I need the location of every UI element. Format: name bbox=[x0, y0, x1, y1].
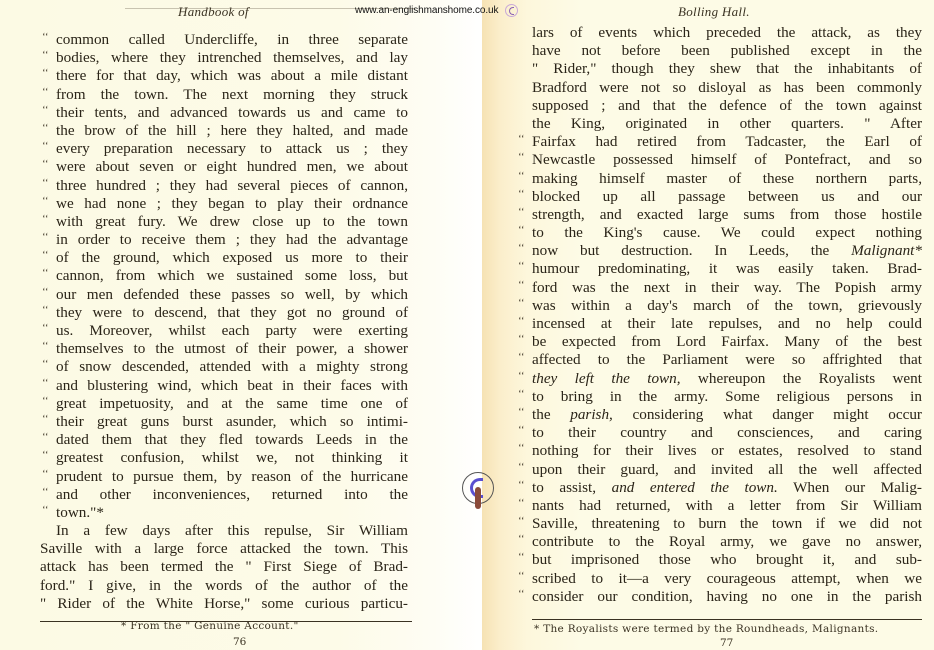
text-line: ‘‘to assist, and entered the town. When … bbox=[532, 479, 922, 497]
quote-mark: ‘‘ bbox=[518, 548, 525, 566]
quote-mark: ‘‘ bbox=[42, 228, 49, 246]
text-line: Saville with a large force attacked the … bbox=[40, 540, 408, 558]
text-line: ‘‘to the King's cause. We could expect n… bbox=[532, 224, 922, 242]
quote-mark: ‘‘ bbox=[518, 294, 525, 312]
text-line: ‘‘us. Moreover, whilst each party were e… bbox=[56, 322, 408, 340]
text-line: ‘‘and other inconveniences, returned int… bbox=[56, 486, 408, 504]
quote-mark: ‘‘ bbox=[42, 483, 49, 501]
text-line: ‘‘making himself master of these norther… bbox=[532, 170, 922, 188]
text-line: In a few days after this repulse, Sir Wi… bbox=[40, 522, 408, 540]
quote-mark: ‘‘ bbox=[518, 512, 525, 530]
quote-mark: ‘‘ bbox=[518, 439, 525, 457]
text-line: ‘‘ford was the next in their way. The Po… bbox=[532, 279, 922, 297]
text-line: ford." I give, in the words of the autho… bbox=[40, 577, 408, 595]
text-line: supposed ; and that the defence of the t… bbox=[532, 97, 922, 115]
quote-mark: ‘‘ bbox=[518, 530, 525, 548]
text-line: ‘‘their tents, and advanced towards us a… bbox=[56, 104, 408, 122]
quote-mark: ‘‘ bbox=[518, 367, 525, 385]
text-line: ‘‘they were to descend, that they got no… bbox=[56, 304, 408, 322]
text-line: ‘‘affected to the Parliament were so aff… bbox=[532, 351, 922, 369]
text-line: ‘‘town."* bbox=[56, 504, 408, 522]
text-line: ‘‘greatest confusion, whilst we, not thi… bbox=[56, 449, 408, 467]
text-line: ‘‘in order to receive them ; they had th… bbox=[56, 231, 408, 249]
text-line: ‘‘scribed to it—a very courageous attemp… bbox=[532, 570, 922, 588]
text-line: ‘‘of the ground, which exposed us more t… bbox=[56, 249, 408, 267]
text-line: ‘‘prudent to pursue them, by reason of t… bbox=[56, 468, 408, 486]
text-line: ‘‘themselves to the utmost of their powe… bbox=[56, 340, 408, 358]
text-line: ‘‘the brow of the hill ; here they halte… bbox=[56, 122, 408, 140]
text-line: " Rider of the White Horse," some curiou… bbox=[40, 595, 408, 613]
text-line: ‘‘to their country and consciences, and … bbox=[532, 424, 922, 442]
quote-mark: ‘‘ bbox=[42, 64, 49, 82]
quote-mark: ‘‘ bbox=[42, 428, 49, 446]
text-line: ‘‘there for that day, which was about a … bbox=[56, 67, 408, 85]
quote-mark: ‘‘ bbox=[42, 137, 49, 155]
text-line: ‘‘Saville, threatening to burn the town … bbox=[532, 515, 922, 533]
quote-mark: ‘‘ bbox=[42, 28, 49, 46]
quote-mark: ‘‘ bbox=[518, 312, 525, 330]
text-line: lars of events which preceded the attack… bbox=[532, 24, 922, 42]
text-line: ‘‘strength, and exacted large sums from … bbox=[532, 206, 922, 224]
text-line: ‘‘Fairfax had retired from Tadcaster, th… bbox=[532, 133, 922, 151]
quote-mark: ‘‘ bbox=[42, 101, 49, 119]
quote-mark: ‘‘ bbox=[518, 203, 525, 221]
quote-mark: ‘‘ bbox=[518, 239, 525, 257]
quote-mark: ‘‘ bbox=[42, 283, 49, 301]
quote-mark: ‘‘ bbox=[518, 421, 525, 439]
quote-mark: ‘‘ bbox=[42, 392, 49, 410]
quote-mark: ‘‘ bbox=[42, 446, 49, 464]
text-line: ‘‘now but destruction. In Leeds, the Mal… bbox=[532, 242, 922, 260]
quote-mark: ‘‘ bbox=[42, 174, 49, 192]
quote-mark: ‘‘ bbox=[518, 221, 525, 239]
quote-mark: ‘‘ bbox=[518, 585, 525, 603]
quote-mark: ‘‘ bbox=[42, 119, 49, 137]
text-line: have not before been published except in… bbox=[532, 42, 922, 60]
text-line: ‘‘of snow descended, attended with a mig… bbox=[56, 358, 408, 376]
quote-mark: ‘‘ bbox=[42, 501, 49, 519]
text-line: ‘‘great impetuosity, and at the same tim… bbox=[56, 395, 408, 413]
left-page-text: ‘‘common called Undercliffe, in three se… bbox=[56, 31, 408, 613]
text-line: " Rider," though they shew that the inha… bbox=[532, 60, 922, 78]
text-line: ‘‘the parish, considering what danger mi… bbox=[532, 406, 922, 424]
quote-mark: ‘‘ bbox=[42, 155, 49, 173]
text-line: ‘‘humour predominating, it was easily ta… bbox=[532, 260, 922, 278]
text-line: ‘‘three hundred ; they had several piece… bbox=[56, 177, 408, 195]
text-line: ‘‘were about seven or eight hundred men,… bbox=[56, 158, 408, 176]
right-page: Bolling Hall. lars of events which prece… bbox=[482, 0, 934, 650]
text-line: ‘‘to bring in the army. Some religious p… bbox=[532, 388, 922, 406]
text-line: Bradford were not so disloyal as has bee… bbox=[532, 79, 922, 97]
text-line: ‘‘bodies, where they intrenched themselv… bbox=[56, 49, 408, 67]
quote-mark: ‘‘ bbox=[42, 192, 49, 210]
quote-mark: ‘‘ bbox=[518, 276, 525, 294]
footnote-rule bbox=[532, 619, 922, 620]
text-line: ‘‘was within a day's march of the town, … bbox=[532, 297, 922, 315]
quote-mark: ‘‘ bbox=[518, 403, 525, 421]
text-line: ‘‘common called Undercliffe, in three se… bbox=[56, 31, 408, 49]
quote-mark: ‘‘ bbox=[518, 476, 525, 494]
cursor-figure-icon bbox=[475, 487, 481, 509]
page-number: 77 bbox=[720, 637, 733, 649]
text-line: the King, originated in other quarters. … bbox=[532, 115, 922, 133]
quote-mark: ‘‘ bbox=[42, 301, 49, 319]
text-line: ‘‘blocked up all passage between us and … bbox=[532, 188, 922, 206]
text-line: ‘‘every preparation necessary to attack … bbox=[56, 140, 408, 158]
footnote: * From the " Genuine Account." bbox=[121, 620, 299, 632]
text-line: ‘‘their great guns burst asunder, which … bbox=[56, 413, 408, 431]
mouse-cursor-icon bbox=[462, 472, 494, 504]
quote-mark: ‘‘ bbox=[518, 257, 525, 275]
quote-mark: ‘‘ bbox=[42, 410, 49, 428]
text-line: ‘‘upon their guard, and invited all the … bbox=[532, 461, 922, 479]
text-line: attack has been termed the " First Siege… bbox=[40, 558, 408, 576]
quote-mark: ‘‘ bbox=[518, 167, 525, 185]
running-head-left: Handbook of bbox=[178, 4, 249, 20]
left-page: Handbook of ‘‘common called Undercliffe,… bbox=[0, 0, 482, 650]
running-head-right: Bolling Hall. bbox=[678, 4, 750, 20]
page-number: 76 bbox=[233, 636, 246, 648]
quote-mark: ‘‘ bbox=[42, 264, 49, 282]
text-line: ‘‘Newcastle possessed himself of Pontefr… bbox=[532, 151, 922, 169]
text-line: ‘‘we had none ; they began to play their… bbox=[56, 195, 408, 213]
swirl-logo-icon bbox=[505, 4, 518, 17]
quote-mark: ‘‘ bbox=[42, 246, 49, 264]
quote-mark: ‘‘ bbox=[518, 494, 525, 512]
quote-mark: ‘‘ bbox=[42, 83, 49, 101]
quote-mark: ‘‘ bbox=[42, 374, 49, 392]
quote-mark: ‘‘ bbox=[42, 337, 49, 355]
quote-mark: ‘‘ bbox=[518, 185, 525, 203]
quote-mark: ‘‘ bbox=[518, 348, 525, 366]
text-line: ‘‘nothing for their lives or estates, re… bbox=[532, 442, 922, 460]
quote-mark: ‘‘ bbox=[518, 458, 525, 476]
right-page-text: lars of events which preceded the attack… bbox=[532, 24, 922, 606]
text-line: ‘‘from the town. The next morning they s… bbox=[56, 86, 408, 104]
quote-mark: ‘‘ bbox=[518, 567, 525, 585]
quote-mark: ‘‘ bbox=[42, 355, 49, 373]
footnote: * The Royalists were termed by the Round… bbox=[534, 623, 878, 635]
quote-mark: ‘‘ bbox=[518, 148, 525, 166]
text-line: ‘‘consider our condition, having no one … bbox=[532, 588, 922, 606]
quote-mark: ‘‘ bbox=[42, 319, 49, 337]
text-line: ‘‘be expected from Lord Fairfax. Many of… bbox=[532, 333, 922, 351]
watermark-url[interactable]: www.an-englishmanshome.co.uk bbox=[355, 5, 498, 16]
text-line: ‘‘nants had returned, with a letter from… bbox=[532, 497, 922, 515]
quote-mark: ‘‘ bbox=[518, 130, 525, 148]
text-line: ‘‘they left the town, whereupon the Roya… bbox=[532, 370, 922, 388]
quote-mark: ‘‘ bbox=[42, 465, 49, 483]
quote-mark: ‘‘ bbox=[518, 330, 525, 348]
text-line: ‘‘our men defended these passes so well,… bbox=[56, 286, 408, 304]
text-line: ‘‘with great fury. We drew close up to t… bbox=[56, 213, 408, 231]
text-line: ‘‘contribute to the Royal army, we gave … bbox=[532, 533, 922, 551]
text-line: ‘‘dated them that they fled towards Leed… bbox=[56, 431, 408, 449]
quote-mark: ‘‘ bbox=[42, 46, 49, 64]
text-line: ‘‘cannon, from which we sustained some l… bbox=[56, 267, 408, 285]
text-line: ‘‘incensed at their late repulses, and n… bbox=[532, 315, 922, 333]
quote-mark: ‘‘ bbox=[42, 210, 49, 228]
quote-mark: ‘‘ bbox=[518, 385, 525, 403]
text-line: ‘‘but imprisoned those who brought it, a… bbox=[532, 551, 922, 569]
text-line: ‘‘and blustering wind, which beat in the… bbox=[56, 377, 408, 395]
